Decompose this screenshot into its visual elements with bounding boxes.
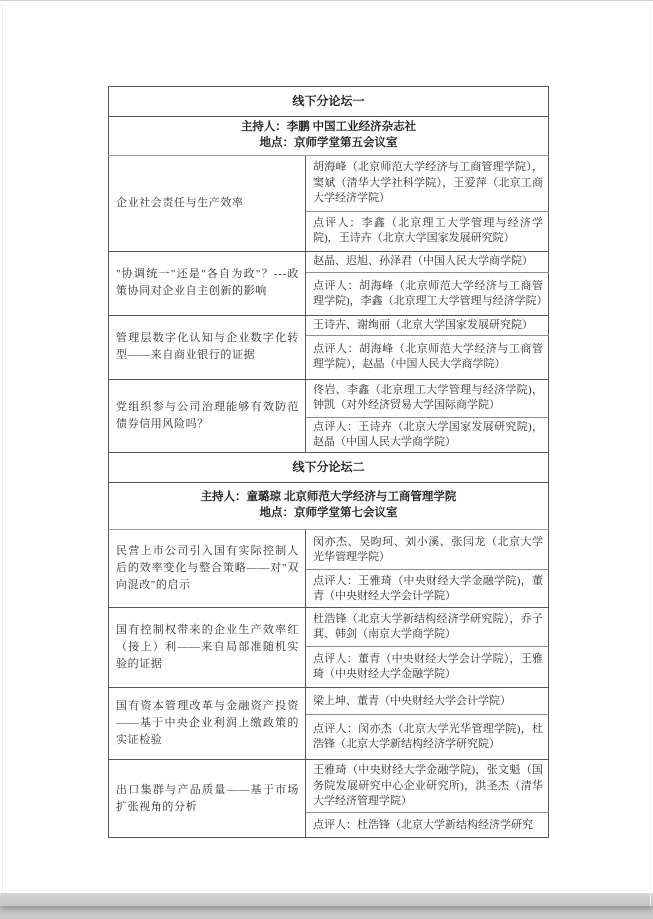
topic-cell: "协调统一"还是"各自为政"？---政策协同对企业自主创新的影响 <box>109 251 306 315</box>
topic-cell: 企业社会责任与生产效率 <box>109 155 306 251</box>
presenters-cell: 佟岩、李鑫（北京理工大学管理与经济学院)，钟凯（对外经济贸易大学国际商学院） <box>306 379 549 417</box>
topic-cell: 出口集群与产品质量——基于市场扩张视角的分析 <box>109 760 306 838</box>
forum-1-host: 主持人：李鹏 中国工业经济杂志社 <box>113 120 544 136</box>
page-bottom-edge <box>0 893 653 906</box>
forum-2-host: 主持人：童璐琼 北京师范大学经济与工商管理学院 <box>113 490 544 506</box>
session-table: 线下分论坛一 主持人：李鹏 中国工业经济杂志社 地点：京师学堂第五会议室 企业社… <box>108 86 549 838</box>
topic-cell: 党组织参与公司治理能够有效防范债券信用风险吗？ <box>109 379 306 452</box>
forum-2-host-location: 主持人：童璐琼 北京师范大学经济与工商管理学院 地点：京师学堂第七会议室 <box>109 483 549 530</box>
discussants-cell: 点评人：王雅琦（中央财经大学金融学院)，董青（中央财经大学会计学院） <box>306 570 549 608</box>
forum-1-host-location: 主持人：李鹏 中国工业经济杂志社 地点：京师学堂第五会议室 <box>109 117 549 156</box>
presenters-cell: 胡海峰（北京师范大学经济与工商管理学院），窦斌（清华大学社科学院），王爱萍（北京… <box>306 155 549 211</box>
discussants-cell: 点评人：李鑫（北京理工大学管理与经济学院)，王诗卉（北京大学国家发展研究院） <box>306 211 549 251</box>
discussants-cell: 点评人：胡海峰（北京师范大学经济与工商管理学院），赵晶（中国人民大学商学院） <box>306 335 549 379</box>
presenters-cell: 闵亦杰、吴昀珂、刘小溪、张闫龙（北京大学光华管理学院） <box>306 530 549 570</box>
discussants-cell: 点评人：王诗卉（北京大学国家发展研究院)，赵晶（中国人民大学商学院） <box>306 417 549 452</box>
topic-cell: 民营上市公司引入国有实际控制人后的效率变化与整合策略——对"双向混改"的启示 <box>109 530 306 608</box>
topic-cell: 管理层数字化认知与企业数字化转型——来自商业银行的证据 <box>109 315 306 379</box>
topic-cell: 国有控制权带来的企业生产效率红（接上）利——来自局部准随机实验的证据 <box>109 608 306 688</box>
presenters-cell: 梁上坤、董青（中央财经大学会计学院） <box>306 688 549 715</box>
discussants-cell: 点评人：杜浩锋（北京大学新结构经济学研究 <box>306 813 549 838</box>
discussants-cell: 点评人：闵亦杰（北京大学光华管理学院)，杜浩锋（北京大学新结构经济学研究院） <box>306 715 549 760</box>
topic-cell: 国有资本管理改革与金融资产投资——基于中央企业利润上缴政策的实证检验 <box>109 688 306 760</box>
forum-1-location: 地点：京师学堂第五会议室 <box>113 136 544 152</box>
discussants-cell: 点评人：胡海峰（北京师范大学经济与工商管理学院)，李鑫（北京理工大学管理与经济学… <box>306 272 549 315</box>
presenters-cell: 赵晶、迟旭、孙泽君（中国人民大学商学院） <box>306 251 549 272</box>
presenters-cell: 杜浩锋（北京大学新结构经济学研究院），乔子萁、韩剑（南京大学商学院） <box>306 608 549 647</box>
document-page: 线下分论坛一 主持人：李鹏 中国工业经济杂志社 地点：京师学堂第五会议室 企业社… <box>0 0 653 906</box>
forum-1-title: 线下分论坛一 <box>109 87 549 117</box>
discussants-cell: 点评人：董青（中央财经大学会计学院），王雅琦（中央财经大学金融学院） <box>306 647 549 688</box>
presenters-cell: 王雅琦（中央财经大学金融学院)，张文魁（国务院发展研究中心企业研究所)，洪圣杰（… <box>306 760 549 813</box>
presenters-cell: 王诗卉、谢绚丽（北京大学国家发展研究院） <box>306 315 549 335</box>
forum-2-title: 线下分论坛二 <box>109 453 549 483</box>
forum-2-location: 地点：京师学堂第七会议室 <box>113 506 544 522</box>
